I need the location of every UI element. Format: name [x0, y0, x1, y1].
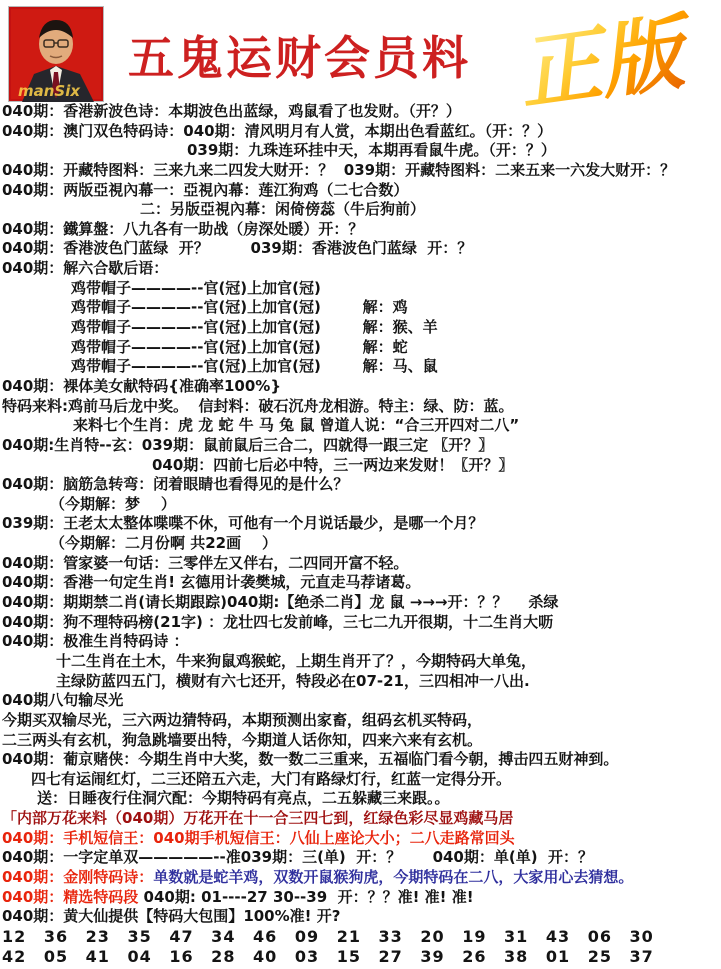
text-line: 040期：四前七后必中特，三一两边来发财！〖开？〗 — [2, 456, 721, 476]
text-segment: 040期：精选特码段 — [2, 888, 138, 906]
text-line: （今期解：二月份啊 共22画 ） — [2, 534, 721, 554]
text-segment: 040期：裸体美女献特码{准确率100%} — [2, 377, 281, 395]
text-segment: 四七有运闹红灯，二三还陪五六走，大门有路绿灯行，红蓝一定得分开。 — [31, 770, 511, 788]
text-line: 040期：极准生肖特码诗 ： — [2, 632, 721, 652]
text-line: 040期：黄大仙提供【特码大包围】100%准! 开? — [2, 907, 721, 927]
text-segment: 040期：四前七后必中特，三一两边来发财！〖开？〗 — [152, 456, 513, 474]
text-line: 鸡带帽子————--官(冠)上加官(冠) 解：马、鼠 — [2, 357, 721, 377]
text-line: 鸡带帽子————--官(冠)上加官(冠) — [2, 279, 721, 299]
text-segment: 040期: 01----27 30--39 开：？？准! 准! 准! — [138, 888, 473, 906]
text-line: 42 05 41 04 16 28 40 03 15 27 39 26 38 0… — [2, 947, 721, 967]
text-line: 040期：解六合歇后语： — [2, 259, 721, 279]
text-segment: 「内部万花来料 — [2, 809, 107, 827]
text-segment: 040期：香港波色门蓝绿 开？ 039期：香港波色门蓝绿 开：？ — [2, 239, 472, 257]
genuine-stamp: 正版 — [522, 9, 693, 116]
text-segment: 040期：两版亞視內幕一：亞視內幕：莲江狗鸡（二七合数） — [2, 181, 408, 199]
text-line: 040期：香港一句定生肖! 玄德用计袭樊城，元直走马荐诸葛。 — [2, 573, 721, 593]
text-segment: 040期：开藏特图料：三来九来二四发大财开：？ 039期：开藏特图料：二来五来一… — [2, 161, 675, 179]
text-segment: 040期：极准生肖特码诗 ： — [2, 632, 189, 650]
text-segment: 二：另版亞視內幕：闲倚傍蕊（牛后狗前） — [140, 200, 425, 218]
text-line: 十二生肖在土木，牛来狗鼠鸡猴蛇，上期生肖开了？，今期特码大单兔， — [2, 652, 721, 672]
text-segment: 单数就是蛇羊鸡，双数开鼠猴狗虎，今期特码在二八，大家用心去猜想。 — [153, 868, 633, 886]
text-line: 040期：管家婆一句话：三零伴左又伴右，二四同开富不轻。 — [2, 554, 721, 574]
text-segment: 今期买双输尽光，三六两边猜特码，本期预测出家畜，组码玄机买特码， — [2, 711, 482, 729]
text-segment: 040期：解六合歇后语： — [2, 259, 168, 277]
text-line: 040期：一字定单双—————--准039期：三(单) 开：？ 040期：单(单… — [2, 848, 721, 868]
text-segment: （040期）万花开在十一合三四七到，红绿色彩尽显鸡藏马居 — [107, 809, 513, 827]
text-line: 040期：香港波色门蓝绿 开？ 039期：香港波色门蓝绿 开：？ — [2, 239, 721, 259]
text-segment: 040期：黄大仙提供【特码大包围】100%准! 开? — [2, 907, 340, 925]
text-line: 040期：两版亞視內幕一：亞視內幕：莲江狗鸡（二七合数） — [2, 181, 721, 201]
portrait-photo-image: manSix — [8, 6, 104, 102]
text-line: 040期：香港新波色诗：本期波色出蓝绿，鸡鼠看了也发财。（开？） — [2, 102, 721, 122]
text-segment: 鸡带帽子————--官(冠)上加官(冠) 解：蛇 — [71, 338, 408, 356]
portrait-photo: manSix — [8, 6, 104, 102]
text-segment: （今期解：梦 ） — [50, 495, 176, 513]
text-segment: 040期:生肖特--玄：039期：鼠前鼠后三合二，四就得一跟三定 〖开？〗 — [2, 436, 493, 454]
text-line: 「内部万花来料（040期）万花开在十一合三四七到，红绿色彩尽显鸡藏马居 — [2, 809, 721, 829]
text-line: 040期：精选特码段 040期: 01----27 30--39 开：？？准! … — [2, 888, 721, 908]
text-line: 二三两头有玄机，狗急跳墙要出特，今期道人话你知，四来六来有玄机。 — [2, 731, 721, 751]
text-line: 送：日睡夜行住洞穴配：今期特码有亮点，二五躲藏三来跟。。 — [2, 789, 721, 809]
text-line: 来料七个生肖：虎 龙 蛇 牛 马 兔 鼠 曾道人说：“合三开四对二八” — [2, 416, 721, 436]
text-line: 040期八句输尽光 — [2, 691, 721, 711]
text-segment: 鸡带帽子————--官(冠)上加官(冠) 解：猴、羊 — [71, 318, 438, 336]
text-line: 鸡带帽子————--官(冠)上加官(冠) 解：鸡 — [2, 298, 721, 318]
text-segment: 040期：手机短信王：040期手机短信王：八仙上座论大小；二八走路常回头 — [2, 829, 515, 847]
text-line: 特码来料:鸡前马后龙中奖。 信封料：破石沉舟龙相游。特主：绿、防：蓝。 — [2, 397, 721, 417]
text-segment: 040期：脑筋急转弯：闭着眼睛也看得见的是什么？ — [2, 475, 348, 493]
text-segment: 十二生肖在土木，牛来狗鼠鸡猴蛇，上期生肖开了？，今期特码大单兔， — [56, 652, 536, 670]
text-line: 鸡带帽子————--官(冠)上加官(冠) 解：猴、羊 — [2, 318, 721, 338]
text-line: 12 36 23 35 47 34 46 09 21 33 20 19 31 4… — [2, 927, 721, 947]
text-line: 040期：脑筋急转弯：闭着眼睛也看得见的是什么？ — [2, 475, 721, 495]
tip-sheet-page: manSix 五鬼运财会员料 正版 040期：香港新波色诗：本期波色出蓝绿，鸡鼠… — [0, 0, 721, 969]
text-segment: 040期：期期禁二肖(请长期跟踪)040期:【绝杀二肖】龙 鼠 →→→开：？？ … — [2, 593, 558, 611]
text-segment: 040期：管家婆一句话：三零伴左又伴右，二四同开富不轻。 — [2, 554, 408, 572]
text-segment: 040期：葡京赌侠：今期生肖中大奖，数一数二三重来，五福临门看今朝，搏击四五财神… — [2, 750, 618, 768]
photo-watermark: manSix — [18, 82, 81, 100]
text-segment: 特码来料:鸡前马后龙中奖。 信封料：破石沉舟龙相游。特主：绿、防：蓝。 — [2, 397, 513, 415]
text-segment: 040期：鐵算盤：八九各有一助战（房深处暖）开：？ — [2, 220, 363, 238]
text-line: 040期：澳门双色特码诗：040期：清风明月有人赏，本期出色看蓝红。（开：？） — [2, 122, 721, 142]
text-segment: 040期：金刚特码诗： — [2, 868, 153, 886]
text-line: 040期：鐵算盤：八九各有一助战（房深处暖）开：？ — [2, 220, 721, 240]
text-line: 040期：葡京赌侠：今期生肖中大奖，数一数二三重来，五福临门看今朝，搏击四五财神… — [2, 750, 721, 770]
text-segment: 040期：狗不理特码榜(21字) ：龙壮四七发前峰，三七二九开很期，十二生肖大呖 — [2, 613, 553, 631]
text-line: 040期：手机短信王：040期手机短信王：八仙上座论大小；二八走路常回头 — [2, 829, 721, 849]
text-segment: 040期：一字定单双—————--准039期：三(单) 开：？ 040期：单(单… — [2, 848, 593, 866]
text-segment: 送：日睡夜行住洞穴配：今期特码有亮点，二五躲藏三来跟。。 — [37, 789, 450, 807]
text-line: （今期解：梦 ） — [2, 495, 721, 515]
text-line: 040期：裸体美女献特码{准确率100%} — [2, 377, 721, 397]
text-segment: 二三两头有玄机，狗急跳墙要出特，今期道人话你知，四来六来有玄机。 — [2, 731, 482, 749]
text-segment: 鸡带帽子————--官(冠)上加官(冠) 解：鸡 — [71, 298, 408, 316]
text-segment: 039期：九珠连环挂中天，本期再看鼠牛虎。（开：？） — [187, 141, 556, 159]
text-segment: 12 36 23 35 47 34 46 09 21 33 20 19 31 4… — [2, 927, 654, 946]
text-segment: （今期解：二月份啊 共22画 ） — [50, 534, 277, 552]
content-lines: 040期：香港新波色诗：本期波色出蓝绿，鸡鼠看了也发财。（开？）040期：澳门双… — [2, 102, 721, 966]
page-title: 五鬼运财会员料 — [128, 22, 471, 88]
text-segment: 主绿防蓝四五门，横财有六七还开，特段必在07-21，三四相冲一八出. — [56, 672, 530, 690]
text-segment: 040期八句输尽光 — [2, 691, 123, 709]
text-segment: 来料七个生肖：虎 龙 蛇 牛 马 兔 鼠 曾道人说：“合三开四对二八” — [73, 416, 519, 434]
text-line: 鸡带帽子————--官(冠)上加官(冠) 解：蛇 — [2, 338, 721, 358]
text-line: 040期：期期禁二肖(请长期跟踪)040期:【绝杀二肖】龙 鼠 →→→开：？？ … — [2, 593, 721, 613]
text-line: 039期：王老太太整体喋喋不休，可他有一个月说话最少，是哪一个月？ — [2, 514, 721, 534]
text-segment: 040期：澳门双色特码诗：040期：清风明月有人赏，本期出色看蓝红。（开：？） — [2, 122, 552, 140]
text-line: 今期买双输尽光，三六两边猜特码，本期预测出家畜，组码玄机买特码， — [2, 711, 721, 731]
text-segment: 040期：香港新波色诗：本期波色出蓝绿，鸡鼠看了也发财。（开？） — [2, 102, 461, 120]
text-line: 040期：金刚特码诗：单数就是蛇羊鸡，双数开鼠猴狗虎，今期特码在二八，大家用心去… — [2, 868, 721, 888]
text-line: 二：另版亞視內幕：闲倚傍蕊（牛后狗前） — [2, 200, 721, 220]
text-segment: 42 05 41 04 16 28 40 03 15 27 39 26 38 0… — [2, 947, 654, 966]
text-line: 040期：狗不理特码榜(21字) ：龙壮四七发前峰，三七二九开很期，十二生肖大呖 — [2, 613, 721, 633]
text-segment: 鸡带帽子————--官(冠)上加官(冠) 解：马、鼠 — [71, 357, 438, 375]
text-segment: 040期：香港一句定生肖! 玄德用计袭樊城，元直走马荐诸葛。 — [2, 573, 420, 591]
text-line: 040期：开藏特图料：三来九来二四发大财开：？ 039期：开藏特图料：二来五来一… — [2, 161, 721, 181]
text-line: 040期:生肖特--玄：039期：鼠前鼠后三合二，四就得一跟三定 〖开？〗 — [2, 436, 721, 456]
text-segment: 鸡带帽子————--官(冠)上加官(冠) — [71, 279, 321, 297]
text-segment: 039期：王老太太整体喋喋不休，可他有一个月说话最少，是哪一个月？ — [2, 514, 483, 532]
text-line: 四七有运闹红灯，二三还陪五六走，大门有路绿灯行，红蓝一定得分开。 — [2, 770, 721, 790]
text-line: 主绿防蓝四五门，横财有六七还开，特段必在07-21，三四相冲一八出. — [2, 672, 721, 692]
text-line: 039期：九珠连环挂中天，本期再看鼠牛虎。（开：？） — [2, 141, 721, 161]
